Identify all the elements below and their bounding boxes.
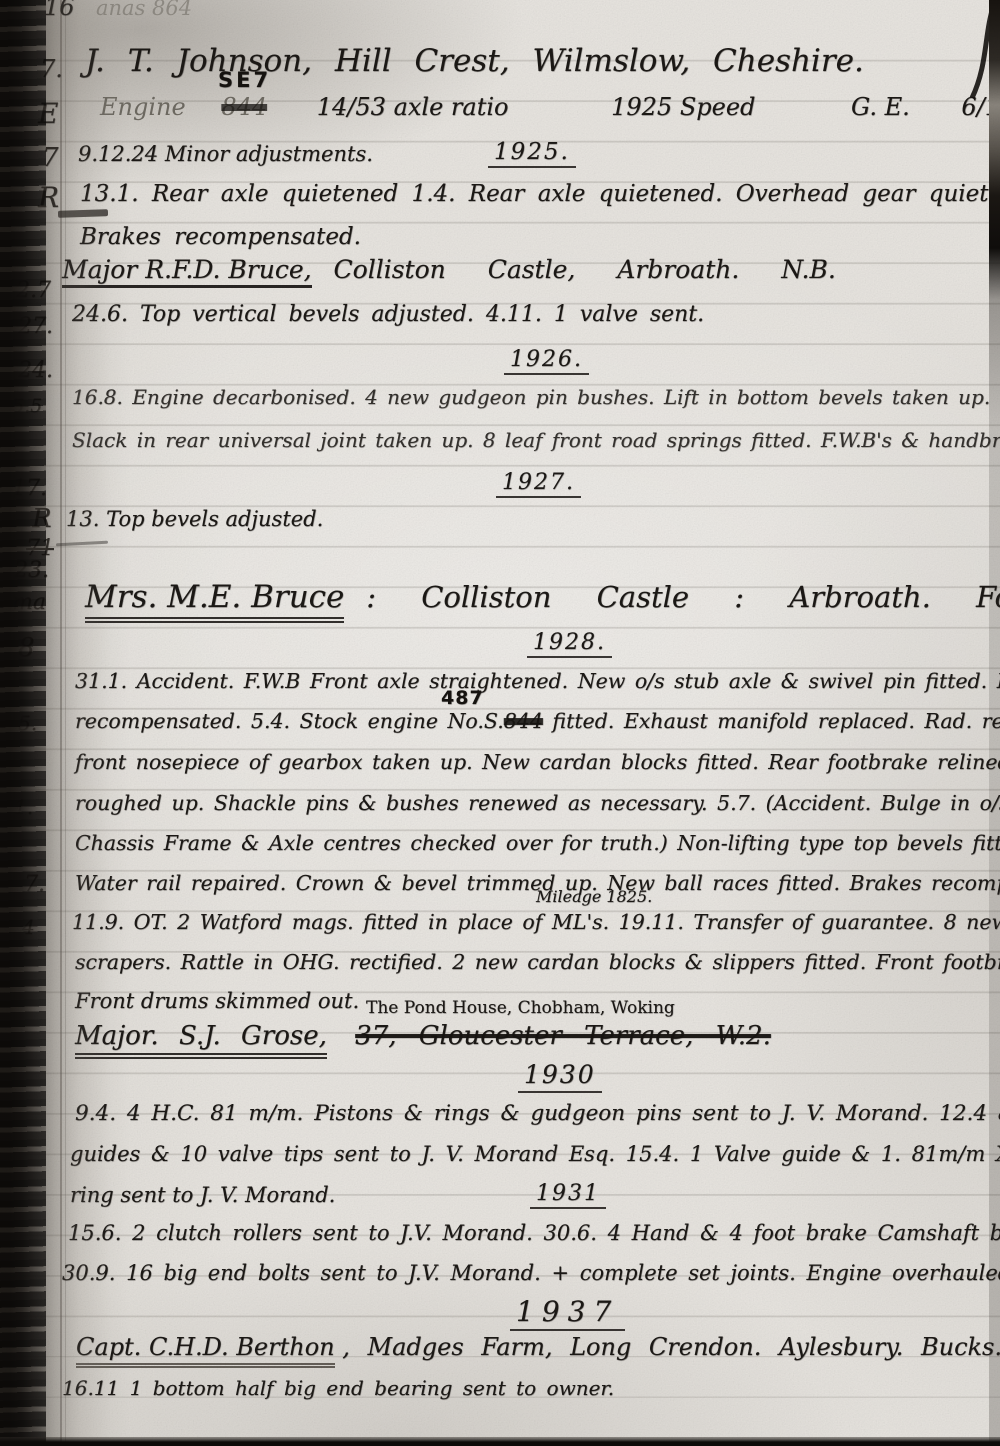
entry-1926-line2: Slack in rear universal joint taken up. … (72, 429, 1000, 452)
ink-smudge (56, 541, 108, 547)
margin-mark: 27. (18, 314, 53, 339)
year-heading-1927: 1927. (496, 470, 581, 498)
owner-name-grose: Major. S.J. Grose, (75, 1021, 327, 1059)
year-heading-1937: 1937 (510, 1296, 625, 1331)
owner-line-grose: Major. S.J. Grose, 37, Gloucester Terrac… (75, 1022, 771, 1052)
entry-rear-axle: 13.1. Rear axle quietened 1.4. Rear axle… (80, 181, 1000, 207)
struck-address-grose: 37, Gloucester Terrace, W.2. (355, 1021, 771, 1051)
margin-mark: 7. (24, 872, 45, 897)
entry-brakes: Brakes recompensated. (80, 224, 361, 250)
margin-mark: R (32, 505, 52, 535)
entry-1937: 16.11 1 bottom half big end bearing sent… (62, 1377, 614, 1400)
margin-mark: R (38, 182, 59, 214)
engine-line: Engine 844 SE7 14/53 axle ratio 1925 Spe… (100, 94, 1000, 122)
entry-1928-line2: recompensated. 5.4. Stock engine No.S.84… (75, 710, 1000, 734)
margin-mark: 2.7 (16, 278, 51, 303)
margin-mark: 4 (22, 916, 35, 939)
entry-1926-line1: 16.8. Engine decarbonised. 4 new gudgeon… (72, 386, 1000, 409)
header-fragment: anas 864 (96, 0, 192, 20)
engine-number-struck-1928: 844 (504, 709, 543, 733)
margin-mark: 24. (18, 358, 53, 383)
owner-line-berthon: Capt. C.H.D. Berthon , Madges Farm, Long… (76, 1334, 1000, 1362)
engine-label: Engine (100, 93, 186, 121)
entry-1930-line1: 9.4. 4 H.C. 81 m/m. Pistons & rings & gu… (75, 1102, 1000, 1127)
year-heading-1928: 1928. (527, 630, 612, 658)
margin-mark: 1. (14, 796, 33, 819)
margin-mark: 5. (18, 712, 37, 735)
margin-rule-secondary (65, 0, 66, 1446)
owner-address-bruce-major: Colliston Castle, Arbroath. N.B. (334, 255, 836, 284)
entry-1931-line2: 30.9. 16 big end bolts sent to J.V. Mora… (62, 1261, 1000, 1285)
margin-rule (60, 0, 62, 1446)
entry-1928-line1: 31.1. Accident. F.W.B Front axle straigh… (75, 670, 1000, 694)
entry-1928-line4: roughed up. Shackle pins & bushes renewe… (75, 792, 1000, 816)
margin-mark: 17. (12, 476, 47, 501)
entry-top-bevels: 24.6. Top vertical bevels adjusted. 4.11… (72, 302, 704, 327)
engine-ge: G. E. (851, 93, 910, 121)
owner-name-berthon: Capt. C.H.D. Berthon (76, 1333, 335, 1368)
owner-address-berthon: , Madges Farm, Long Crendon. Aylesbury. … (342, 1333, 1000, 1361)
year-heading-1925: 1925. (488, 139, 576, 168)
ink-smudge (58, 209, 108, 218)
owner-line-bruce-major: Major R.F.D. Bruce, Colliston Castle, Ar… (62, 256, 836, 285)
margin-mark: 16 (44, 0, 75, 22)
entry-1928-line2-post: fitted. Exhaust manifold replaced. Rad. … (552, 709, 1000, 733)
pen-stroke-mark (942, 2, 1000, 102)
margin-mark: 8 (18, 634, 35, 664)
year-heading-1930: 1930 (518, 1061, 602, 1093)
entry-1928-line2-pre: recompensated. 5.4. Stock engine No.S. (75, 709, 504, 733)
engine-number-correction: SE7 (218, 68, 271, 92)
year-heading-1931: 1931 (530, 1181, 606, 1209)
margin-mark: E (38, 98, 58, 130)
owner-name-bruce-mrs: Mrs. M.E. Bruce (85, 579, 344, 623)
entry-1930-line3: ring sent to J. V. Morand. (70, 1183, 335, 1207)
owner-name-johnson: J. T. Johnson, Hill Crest, Wilmslow, Che… (85, 44, 864, 80)
entry-1931-line1: 15.6. 2 clutch rollers sent to J.V. Mora… (68, 1221, 1000, 1245)
margin-mark: 7. (40, 56, 63, 84)
year-heading-1926: 1926. (504, 347, 589, 375)
entry-1928-line5: Chassis Frame & Axle centres checked ove… (75, 832, 1000, 856)
margin-mark: 7 (42, 144, 59, 174)
engine-date: 6/12/29 (961, 93, 1000, 121)
owner-address-bruce-mrs: : Colliston Castle : Arbroath. Forfarshi… (366, 580, 1000, 614)
entry-1928-line3: front nosepiece of gearbox taken up. New… (75, 751, 1000, 775)
owner-line-bruce-mrs: Mrs. M.E. Bruce : Colliston Castle : Arb… (85, 580, 1000, 616)
owner-name-bruce-major: Major R.F.D. Bruce, (62, 255, 312, 288)
engine-number-correction-1928: 487 (441, 688, 484, 710)
entry-1924-adjustments: 9.12.24 Minor adjustments. (78, 142, 373, 166)
page-bottom-edge (0, 1437, 1000, 1446)
address-note-pond-house: The Pond House, Chobham, Woking (366, 999, 675, 1019)
scanned-ledger-page: 16 7. E 7 R 2.7 27. 24. 5.5 17. R 71 23.… (0, 0, 1000, 1446)
entry-1928-line9: Front drums skimmed out. (75, 989, 359, 1013)
model-year-speed: 1925 Speed (611, 93, 755, 121)
axle-ratio: 14/53 axle ratio (317, 93, 509, 121)
entry-1928-line8: scrapers. Rattle in OHG. rectified. 2 ne… (75, 951, 1000, 975)
margin-mark: 23. (14, 558, 49, 583)
mileage-note: Mileage 1825. (536, 888, 652, 906)
entry-1927: 13. Top bevels adjusted. (66, 507, 323, 531)
margin-mark: ma (12, 590, 46, 615)
entry-1928-line7: 11.9. OT. 2 Watford mags. fitted in plac… (72, 911, 1000, 935)
margin-mark: 5.5 (12, 396, 42, 418)
entry-1930-line2: guides & 10 valve tips sent to J. V. Mor… (70, 1142, 1000, 1166)
engine-number-struck: 844 (221, 93, 267, 121)
